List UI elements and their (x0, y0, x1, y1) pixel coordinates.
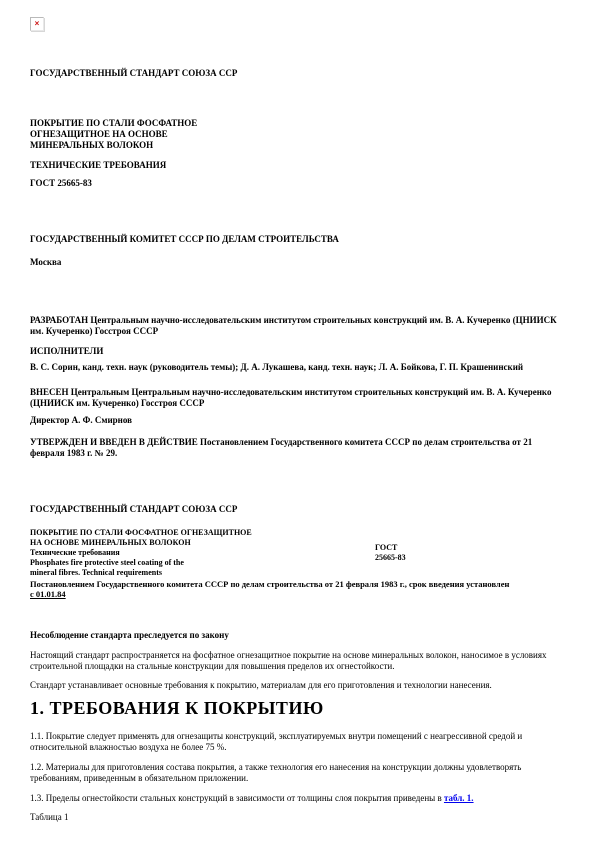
developed-by-paragraph: РАЗРАБОТАН Центральным научно-исследоват… (30, 315, 565, 337)
scope-paragraph-1: Настоящий стандарт распространяется на ф… (30, 650, 565, 672)
technical-requirements-heading: ТЕХНИЧЕСКИЕ ТРЕБОВАНИЯ (30, 160, 565, 171)
gost-number-block: ГОСТ 25665-83 (375, 528, 525, 578)
standard-subtitle-ru: Технические требования (30, 548, 375, 558)
document-title-line3: МИНЕРАЛЬНЫХ ВОЛОКОН (30, 140, 565, 151)
document-title: ПОКРЫТИЕ ПО СТАЛИ ФОСФАТНОЕ ОГНЕЗАЩИТНОЕ… (30, 118, 565, 151)
table-1-caption: Таблица 1 (30, 812, 565, 823)
approved-paragraph: УТВЕРЖДЕН И ВВЕДЕН В ДЕЙСТВИЕ Постановле… (30, 437, 565, 459)
standard-title-block: ПОКРЫТИЕ ПО СТАЛИ ФОСФАТНОЕ ОГНЕЗАЩИТНОЕ… (30, 528, 565, 578)
standard-subtitle-en-line2: mineral fibres. Technical requirements (30, 568, 375, 578)
committee-heading: ГОСУДАРСТВЕННЫЙ КОМИТЕТ СССР ПО ДЕЛАМ СТ… (30, 234, 565, 245)
executors-heading: ИСПОЛНИТЕЛИ (30, 346, 565, 357)
gost-label: ГОСТ (375, 543, 525, 553)
broken-image-icon: × (30, 17, 44, 31)
decree-text: Постановлением Государственного комитета… (30, 579, 509, 589)
effective-date: с 01.01.84 (30, 589, 66, 599)
standard-title-left: ПОКРЫТИЕ ПО СТАЛИ ФОСФАТНОЕ ОГНЕЗАЩИТНОЕ… (30, 528, 375, 578)
scope-paragraph-2: Стандарт устанавливает основные требован… (30, 680, 565, 691)
executors-list: В. С. Сорин, канд. техн. наук (руководит… (30, 362, 565, 373)
standard-subtitle-en-line1: Phosphates fire protective steel coating… (30, 558, 375, 568)
city-label: Москва (30, 257, 565, 268)
clause-1-3-text: 1.3. Пределы огнестойкости стальных конс… (30, 793, 444, 803)
standard-org-heading: ГОСУДАРСТВЕННЫЙ СТАНДАРТ СОЮЗА ССР (30, 68, 565, 79)
clause-1-3: 1.3. Пределы огнестойкости стальных конс… (30, 793, 565, 804)
document-title-line1: ПОКРЫТИЕ ПО СТАЛИ ФОСФАТНОЕ (30, 118, 565, 129)
document-title-line2: ОГНЕЗАЩИТНОЕ НА ОСНОВЕ (30, 129, 565, 140)
document-page: × ГОСУДАРСТВЕННЫЙ СТАНДАРТ СОЮЗА ССР ПОК… (0, 0, 595, 823)
broken-image-x-glyph: × (35, 20, 40, 28)
gost-number-value: 25665-83 (375, 553, 525, 563)
director-line: Директор А. Ф. Смирнов (30, 415, 565, 426)
submitted-by-paragraph: ВНЕСЕН Центральным Центральным научно-ис… (30, 387, 565, 409)
standard-org-heading-repeat: ГОСУДАРСТВЕННЫЙ СТАНДАРТ СОЮЗА ССР (30, 504, 565, 515)
clause-1-1: 1.1. Покрытие следует применять для огне… (30, 731, 565, 753)
section-1-heading: 1. ТРЕБОВАНИЯ К ПОКРЫТИЮ (30, 698, 565, 718)
standard-title-ru-line2: НА ОСНОВЕ МИНЕРАЛЬНЫХ ВОЛОКОН (30, 538, 375, 548)
law-notice: Несоблюдение стандарта преследуется по з… (30, 630, 565, 641)
clause-1-2: 1.2. Материалы для приготовления состава… (30, 762, 565, 784)
standard-title-ru-line1: ПОКРЫТИЕ ПО СТАЛИ ФОСФАТНОЕ ОГНЕЗАЩИТНОЕ (30, 528, 375, 538)
gost-number-top: ГОСТ 25665-83 (30, 178, 565, 189)
table-1-link[interactable]: табл. 1. (444, 793, 474, 803)
decree-paragraph: Постановлением Государственного комитета… (30, 580, 565, 599)
